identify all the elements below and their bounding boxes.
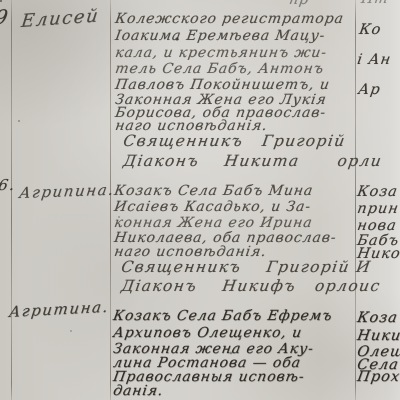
godparent-fragment: Коза [356, 310, 399, 326]
ink-speck [0, 0, 2, 2]
entry-main-line: данія. [112, 383, 165, 399]
priest-line: Священникъ Григорій И [120, 258, 373, 276]
entry-main-line: Іоакима Еремѣева Мацу- [114, 28, 326, 44]
entry-main-line: Козакъ Села Бабъ Мина [113, 183, 314, 199]
entry-main-line: Архиповъ Олещенко, и [112, 325, 303, 341]
entry-main-line: Исаіевъ Касадько, и За- [113, 199, 312, 215]
deacon-line: Діаконъ Никифъ орлоис [120, 277, 382, 295]
godparent-fragment: Ар [357, 82, 382, 98]
godparent-fragment: прин [356, 201, 400, 217]
deacon-line: Діаконъ Никита орли [122, 152, 384, 170]
entry-main-line: Павловъ Покойнишетъ, и [114, 77, 331, 93]
entry-main-line: Козакъ Села Бабъ Ефремъ [112, 308, 334, 324]
document-page: пр Нт 9 Елисей Колежского регистратора І… [0, 0, 400, 400]
priest-line: Священникъ Григорій [122, 132, 347, 150]
godparent-fragment: Ко [358, 22, 382, 38]
top-edge-fragment: Нт [360, 0, 390, 7]
entry-main-line: Колежского регистратора [114, 11, 345, 27]
godparent-fragment: Нико [356, 246, 400, 262]
godparent-fragment: Ники [356, 328, 400, 344]
entry-name: Агрипина. [18, 181, 116, 202]
entry-name: Елисей [20, 5, 101, 32]
godparent-fragment: нова [356, 218, 398, 234]
entry-main-line: тель Села Бабъ, Антонъ [114, 61, 325, 77]
entry-name: Агритина. [8, 298, 110, 321]
entry-main-line: конная Жена его Ирина [113, 215, 314, 231]
entry-number: 9 [0, 5, 11, 29]
entry-main-line: кала, и крестьянинъ жи- [114, 45, 328, 61]
godparent-fragment: Коза [356, 184, 399, 200]
godparent-fragment: і Ан [356, 52, 392, 68]
top-edge-fragment: пр [288, 0, 310, 8]
left-margin-rule [11, 0, 12, 400]
entry-number: 6. [0, 176, 17, 194]
godparent-fragment: Прох [356, 369, 400, 385]
